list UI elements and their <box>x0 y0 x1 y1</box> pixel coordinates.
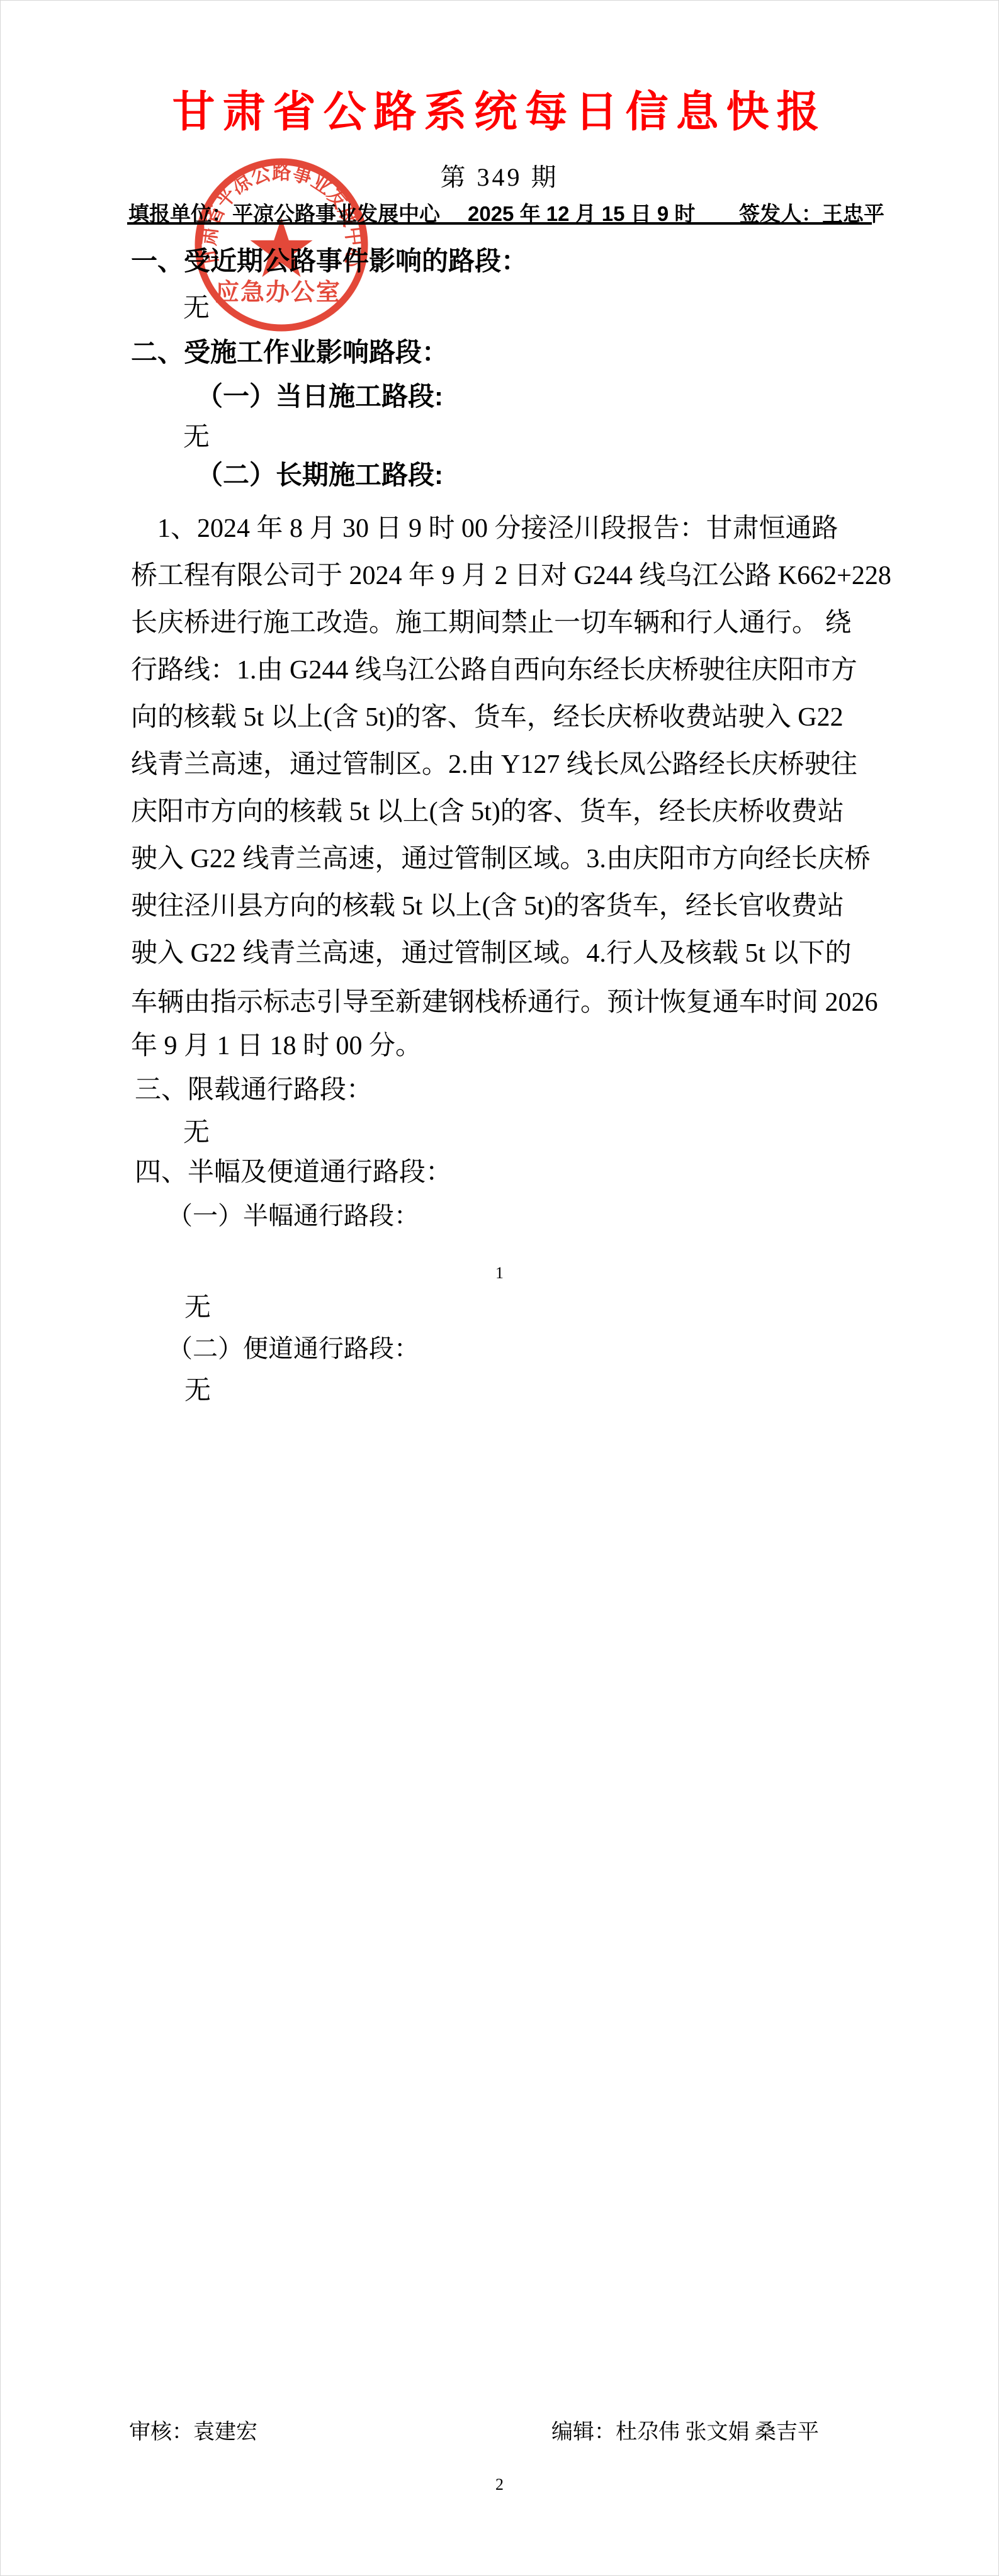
section-3-value: 无 <box>183 1117 210 1149</box>
section-4-heading: 四、半幅及便道通行路段： <box>135 1157 452 1188</box>
paragraph-line: 驶入 G22 线青兰高速，通过管制区域。3.由庆阳市方向经长庆桥 <box>131 843 871 875</box>
paragraph-line: 驶入 G22 线青兰高速，通过管制区域。4.行人及核载 5t 以下的 <box>131 938 852 969</box>
paragraph-line: 车辆由指示标志引导至新建钢栈桥通行。预计恢复通车时间 2026 <box>131 987 878 1018</box>
section-4-sub2-value: 无 <box>184 1375 211 1407</box>
section-2-sub2-heading: （二）长期施工路段: <box>196 459 443 491</box>
section-4-sub1-value: 无 <box>184 1292 211 1324</box>
paragraph-line: 向的核载 5t 以上(含 5t)的客、货车，经长庆桥收费站驶入 G22 <box>131 702 844 733</box>
paragraph-line: 行路线：1.由 G244 线乌江公路自西向东经长庆桥驶往庆阳市方 <box>131 655 857 686</box>
page-1-number: 1 <box>0 1264 999 1283</box>
paragraph-line: 桥工程有限公司于 2024 年 9 月 2 日对 G244 线乌江公路 K662… <box>131 560 891 592</box>
paragraph-line: 线青兰高速，通过管制区。2.由 Y127 线长凤公路经长庆桥驶往 <box>131 749 857 780</box>
official-seal: 甘肃省平凉公路事业发展中心 应急办公室 <box>190 154 373 336</box>
footer-editors: 编辑：杜尕伟 张文娟 桑吉平 <box>551 2420 819 2445</box>
bulletin-page: 甘肃省公路系统每日信息快报 第 349 期 填报单位：平凉公路事业发展中心 20… <box>0 0 999 2576</box>
section-4-sub2-heading: （二）便道通行路段： <box>167 1333 419 1364</box>
section-4-sub1-heading: （一）半幅通行路段： <box>167 1200 419 1232</box>
paragraph-line: 1、2024 年 8 月 30 日 9 时 00 分接泾川段报告：甘肃恒通路 <box>157 513 838 544</box>
paragraph-line: 驶往泾川县方向的核载 5t 以上(含 5t)的客货车，经长官收费站 <box>131 891 844 922</box>
section-3-heading: 三、限载通行路段： <box>135 1074 373 1106</box>
star-icon <box>251 218 313 277</box>
seal-office-text: 应急办公室 <box>215 279 341 306</box>
issue-number: 第 349 期 <box>0 157 999 193</box>
page-title: 甘肃省公路系统每日信息快报 <box>0 78 999 139</box>
paragraph-line: 长庆桥进行施工改造。施工期间禁止一切车辆和行人通行。 绕 <box>131 607 852 639</box>
footer-reviewer: 审核：袁建宏 <box>129 2420 257 2445</box>
paragraph-line: 庆阳市方向的核载 5t 以上(含 5t)的客、货车，经长庆桥收费站 <box>131 796 844 828</box>
paragraph-line: 年 9 月 1 日 18 时 00 分。 <box>131 1030 422 1062</box>
section-2-sub1-heading: （一）当日施工路段: <box>196 381 443 412</box>
page-2-number: 2 <box>0 2475 999 2494</box>
section-2-sub1-value: 无 <box>183 422 210 453</box>
section-2-heading: 二、受施工作业影响路段： <box>131 337 448 368</box>
